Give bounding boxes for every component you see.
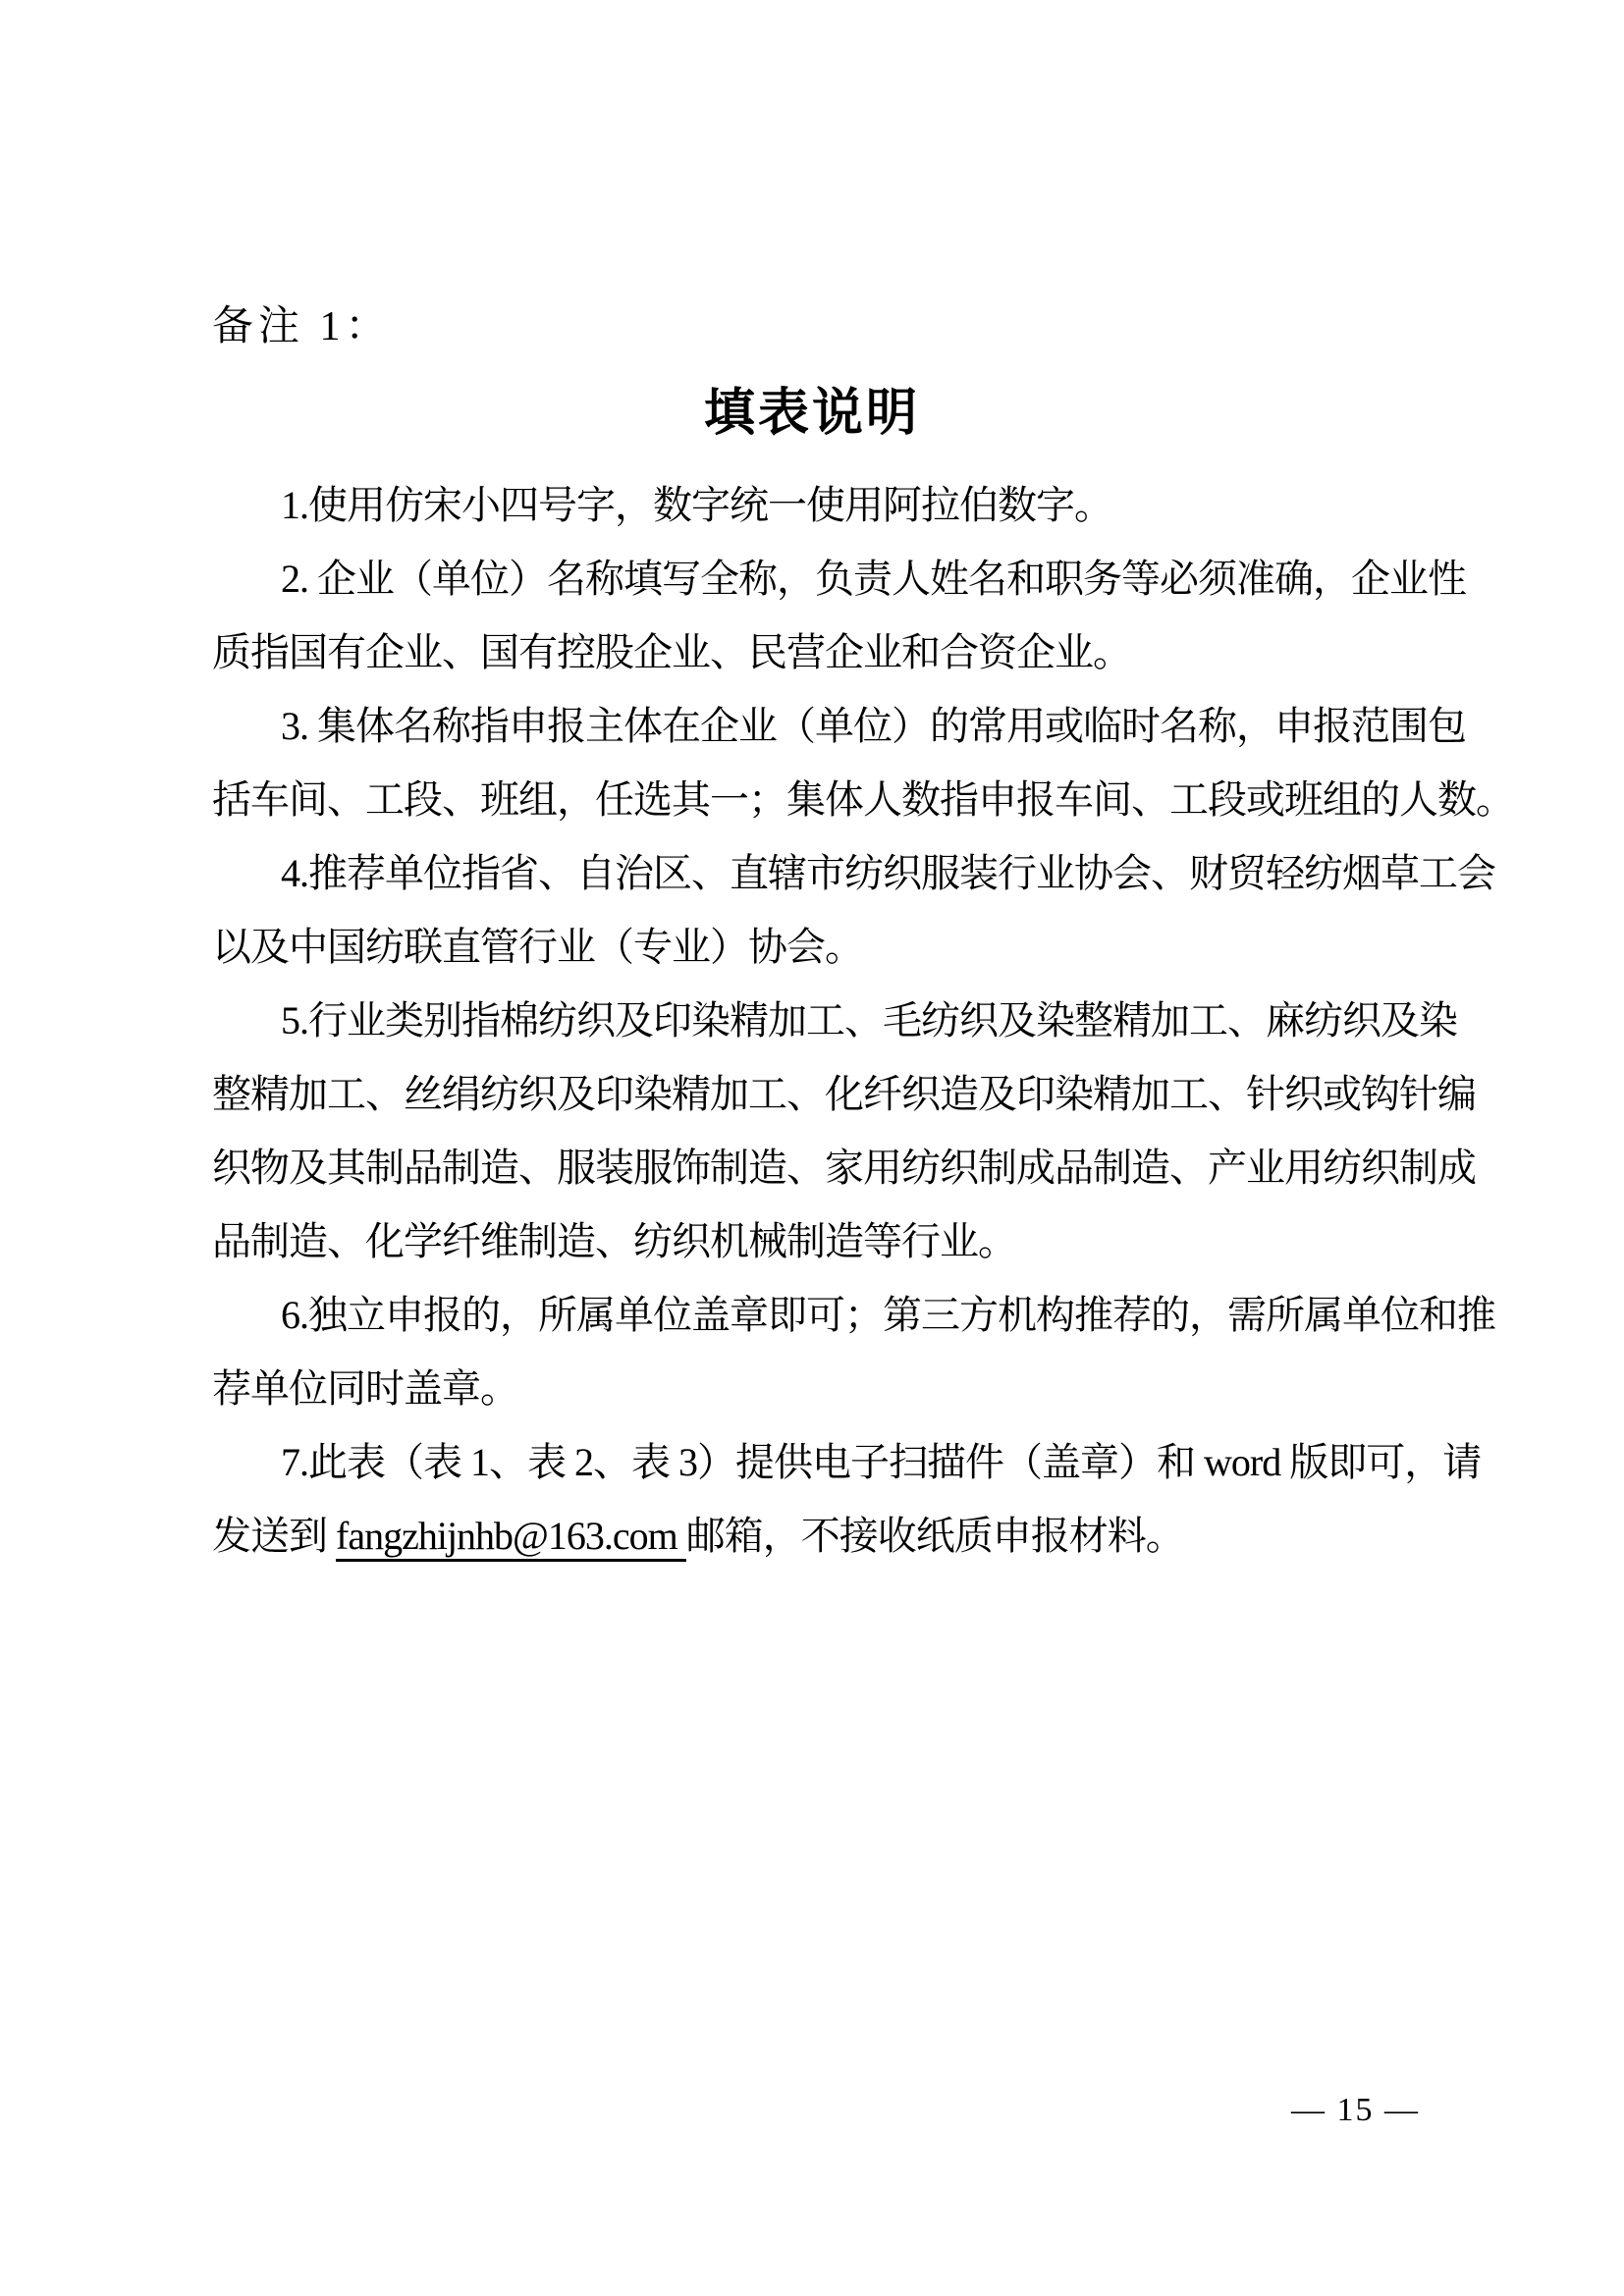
text-segment: 括车间、工段、班组，任选其一；集体人数指申报车间、工段或班组的人数。 xyxy=(212,777,1514,822)
text-segment: 2. 企业（单位）名称填写全称，负责人姓名和职务等必须准确，企业性 xyxy=(281,557,1466,601)
text-segment: 质指国有企业、国有控股企业、民营企业和合资企业。 xyxy=(212,630,1131,674)
text-segment: 荐单位同时盖章。 xyxy=(212,1366,518,1411)
paragraph-3: 3. 集体名称指申报主体在企业（单位）的常用或临时名称，申报范围包括车间、工段、… xyxy=(212,689,1422,836)
page-number: — 15 — xyxy=(1291,2089,1420,2132)
text-line: 发送到 fangzhijnhb@163.com 邮箱，不接收纸质申报材料。 xyxy=(212,1499,1422,1573)
text-segment: 1.使用仿宋小四号字，数字统一使用阿拉伯数字。 xyxy=(281,483,1112,527)
email-link: fangzhijnhb@163.com xyxy=(336,1514,686,1562)
text-line: 1.使用仿宋小四号字，数字统一使用阿拉伯数字。 xyxy=(212,468,1422,542)
paragraph-5: 5.行业类别指棉纺织及印染精加工、毛纺织及染整精加工、麻纺织及染整精加工、丝绢纺… xyxy=(212,984,1422,1278)
paragraph-7: 7.此表（表 1、表 2、表 3）提供电子扫描件（盖章）和 word 版即可，请… xyxy=(212,1425,1422,1573)
text-line: 荐单位同时盖章。 xyxy=(212,1352,1422,1425)
text-segment: 整精加工、丝绢纺织及印染精加工、化纤织造及印染精加工、针织或钩针编 xyxy=(212,1072,1476,1116)
text-line: 括车间、工段、班组，任选其一；集体人数指申报车间、工段或班组的人数。 xyxy=(212,763,1422,836)
text-line: 2. 企业（单位）名称填写全称，负责人姓名和职务等必须准确，企业性 xyxy=(212,542,1422,615)
paragraph-4: 4.推荐单位指省、自治区、直辖市纺织服装行业协会、财贸轻纺烟草工会以及中国纺联直… xyxy=(212,836,1422,984)
paragraph-6: 6.独立申报的，所属单位盖章即可；第三方机构推荐的，需所属单位和推荐单位同时盖章… xyxy=(212,1278,1422,1425)
text-line: 织物及其制品制造、服装服饰制造、家用纺织制成品制造、产业用纺织制成 xyxy=(212,1131,1422,1204)
paragraph-2: 2. 企业（单位）名称填写全称，负责人姓名和职务等必须准确，企业性质指国有企业、… xyxy=(212,542,1422,689)
text-segment: 5.行业类别指棉纺织及印染精加工、毛纺织及染整精加工、麻纺织及染 xyxy=(281,998,1457,1042)
text-segment: 以及中国纺联直管行业（专业）协会。 xyxy=(212,925,863,969)
text-segment: 发送到 xyxy=(212,1514,336,1558)
text-line: 以及中国纺联直管行业（专业）协会。 xyxy=(212,910,1422,984)
text-line: 质指国有企业、国有控股企业、民营企业和合资企业。 xyxy=(212,615,1422,689)
text-line: 品制造、化学纤维制造、纺织机械制造等行业。 xyxy=(212,1204,1422,1278)
text-line: 5.行业类别指棉纺织及印染精加工、毛纺织及染整精加工、麻纺织及染 xyxy=(212,984,1422,1057)
text-segment: 4.推荐单位指省、自治区、直辖市纺织服装行业协会、财贸轻纺烟草工会 xyxy=(281,851,1495,895)
note-label: 备注 1： xyxy=(212,291,392,364)
text-segment: 品制造、化学纤维制造、纺织机械制造等行业。 xyxy=(212,1219,1016,1263)
text-segment: 3. 集体名称指申报主体在企业（单位）的常用或临时名称，申报范围包 xyxy=(281,704,1466,748)
text-line: 6.独立申报的，所属单位盖章即可；第三方机构推荐的，需所属单位和推 xyxy=(212,1278,1422,1352)
page-title: 填表说明 xyxy=(0,371,1624,445)
text-line: 7.此表（表 1、表 2、表 3）提供电子扫描件（盖章）和 word 版即可，请 xyxy=(212,1425,1422,1499)
text-line: 整精加工、丝绢纺织及印染精加工、化纤织造及印染精加工、针织或钩针编 xyxy=(212,1057,1422,1131)
text-segment: 6.独立申报的，所属单位盖章即可；第三方机构推荐的，需所属单位和推 xyxy=(281,1293,1495,1337)
text-line: 4.推荐单位指省、自治区、直辖市纺织服装行业协会、财贸轻纺烟草工会 xyxy=(212,836,1422,910)
text-segment: 7.此表（表 1、表 2、表 3）提供电子扫描件（盖章）和 word 版即可，请 xyxy=(281,1440,1481,1484)
instructions-body: 1.使用仿宋小四号字，数字统一使用阿拉伯数字。2. 企业（单位）名称填写全称，负… xyxy=(212,468,1422,1573)
text-segment: 织物及其制品制造、服装服饰制造、家用纺织制成品制造、产业用纺织制成 xyxy=(212,1146,1476,1190)
text-line: 3. 集体名称指申报主体在企业（单位）的常用或临时名称，申报范围包 xyxy=(212,689,1422,763)
document-page: 备注 1： 填表说明 1.使用仿宋小四号字，数字统一使用阿拉伯数字。2. 企业（… xyxy=(0,0,1624,2296)
paragraph-1: 1.使用仿宋小四号字，数字统一使用阿拉伯数字。 xyxy=(212,468,1422,542)
text-segment: 邮箱，不接收纸质申报材料。 xyxy=(686,1514,1184,1558)
